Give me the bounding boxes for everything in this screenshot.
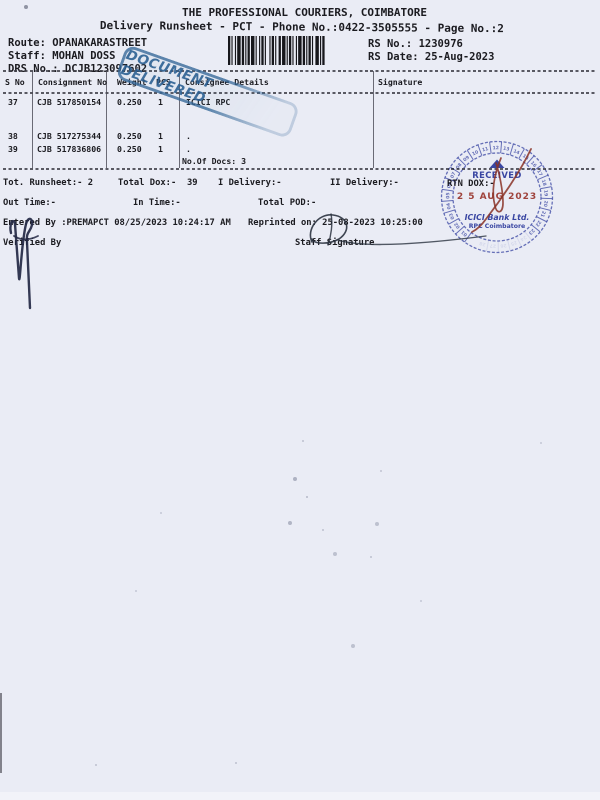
i-delivery: I Delivery:-: [218, 178, 282, 188]
svg-text:27: 27: [490, 242, 497, 249]
stamp-bank-text: ICICI Bank Ltd.: [465, 213, 530, 222]
company-title: THE PROFESSIONAL COURIERS, COIMBATORE: [182, 6, 427, 19]
svg-text:11: 11: [482, 146, 490, 153]
svg-text:28: 28: [479, 240, 487, 248]
table-col-divider: [32, 71, 33, 168]
route-label: Route:: [8, 37, 46, 49]
svg-text:26: 26: [500, 242, 507, 249]
svg-text:25: 25: [510, 239, 518, 247]
scan-edge-artifact: [0, 693, 2, 773]
col-header-consignment: Consignment No: [38, 77, 107, 87]
out-time: Out Time:-: [3, 198, 56, 208]
svg-text:12: 12: [492, 145, 499, 151]
svg-text:19: 19: [542, 190, 548, 197]
stamp-date-text: 2 5 AUG 2023: [457, 192, 537, 202]
svg-text:02: 02: [453, 221, 462, 230]
verified-by-signature: [10, 219, 32, 308]
cell-pcs: 1: [158, 144, 163, 154]
docs-note: No.Of Docs: 3: [182, 156, 246, 166]
rs-no-label: RS No.:: [368, 38, 412, 50]
svg-text:09: 09: [462, 155, 471, 164]
cell-pcs: 1: [158, 97, 163, 107]
tot-runsheet: Tot. Runsheet:- 2: [3, 178, 93, 188]
stamp-branch-text: RPC Coimbatore: [469, 223, 525, 230]
verified-by-label: Verified By: [3, 238, 61, 248]
table-top-rule: [3, 70, 597, 72]
stamp-received-text: RECEIVED: [472, 170, 522, 180]
drs-label: DRS No.:: [8, 63, 59, 75]
ii-delivery: II Delivery:-: [330, 178, 399, 188]
runsheet-subtitle: Delivery Runsheet - PCT - Phone No.:0422…: [100, 19, 504, 35]
svg-text:10: 10: [471, 149, 479, 157]
rs-date-label: RS Date:: [368, 51, 419, 63]
staff-value: MOHAN DOSS: [52, 50, 115, 62]
svg-text:07: 07: [449, 171, 457, 179]
rs-date-line: RS Date: 25-Aug-2023: [368, 51, 494, 63]
total-dox-label: Total Dox:-: [118, 178, 176, 188]
svg-text:14: 14: [512, 148, 520, 156]
signatures-layer: [0, 0, 600, 800]
svg-text:13: 13: [503, 146, 510, 153]
cell-consignment: CJB 517850154: [37, 97, 101, 107]
cell-weight: 0.250: [117, 144, 142, 154]
total-dox-value: 39: [187, 178, 198, 188]
cell-weight: 0.250: [117, 131, 142, 141]
barcode: [228, 36, 352, 66]
svg-text:18: 18: [540, 179, 548, 187]
cell-pcs: 1: [158, 131, 163, 141]
cell-sno: 37: [8, 97, 18, 107]
svg-text:17: 17: [535, 169, 543, 178]
svg-text:03: 03: [448, 212, 456, 220]
table-col-divider: [373, 71, 374, 168]
cell-consignment: CJB 517275344: [37, 131, 101, 141]
rs-no-line: RS No.: 1230976: [368, 38, 463, 50]
col-header-signature: Signature: [378, 77, 422, 87]
table-header-rule: [3, 92, 597, 94]
svg-text:16: 16: [529, 160, 538, 169]
svg-text:05: 05: [445, 192, 451, 199]
cell-sno: 38: [8, 131, 18, 141]
staff-signature-label: Staff Signature: [295, 238, 374, 248]
cell-consignment: CJB 517836806: [37, 144, 101, 154]
svg-text:15: 15: [521, 153, 530, 162]
entered-by: Entered By :PREMAPCT 08/25/2023 10:24:17…: [3, 218, 231, 228]
cell-sno: 39: [8, 144, 18, 154]
staff-line: Staff: MOHAN DOSS: [8, 50, 115, 62]
rs-date-value: 25-Aug-2023: [425, 51, 495, 63]
svg-text:04: 04: [446, 202, 453, 209]
icici-triangle-icon: [490, 160, 505, 169]
route-line: Route: OPANAKARASTREET: [8, 37, 147, 49]
reprinted-on: Reprinted on: 25-08-2023 10:25:00: [248, 218, 423, 228]
staff-label: Staff:: [8, 50, 46, 62]
received-round-stamp: 0102030405060708091011121314151617181920…: [437, 137, 557, 257]
scan-edge-artifact: [0, 792, 600, 800]
rs-no-value: 1230976: [419, 38, 463, 50]
in-time: In Time:-: [133, 198, 181, 208]
total-pod: Total POD:-: [258, 198, 316, 208]
scan-noise: [0, 0, 2, 2]
scanned-delivery-runsheet: THE PROFESSIONAL COURIERS, COIMBATORE De…: [0, 0, 600, 800]
col-header-sno: S No: [5, 77, 25, 87]
svg-text:21: 21: [539, 210, 547, 218]
cell-consignee: .: [186, 131, 191, 141]
svg-text:06: 06: [446, 181, 453, 189]
cell-consignee: .: [186, 144, 191, 154]
cell-weight: 0.250: [117, 97, 142, 107]
svg-text:20: 20: [542, 200, 549, 207]
